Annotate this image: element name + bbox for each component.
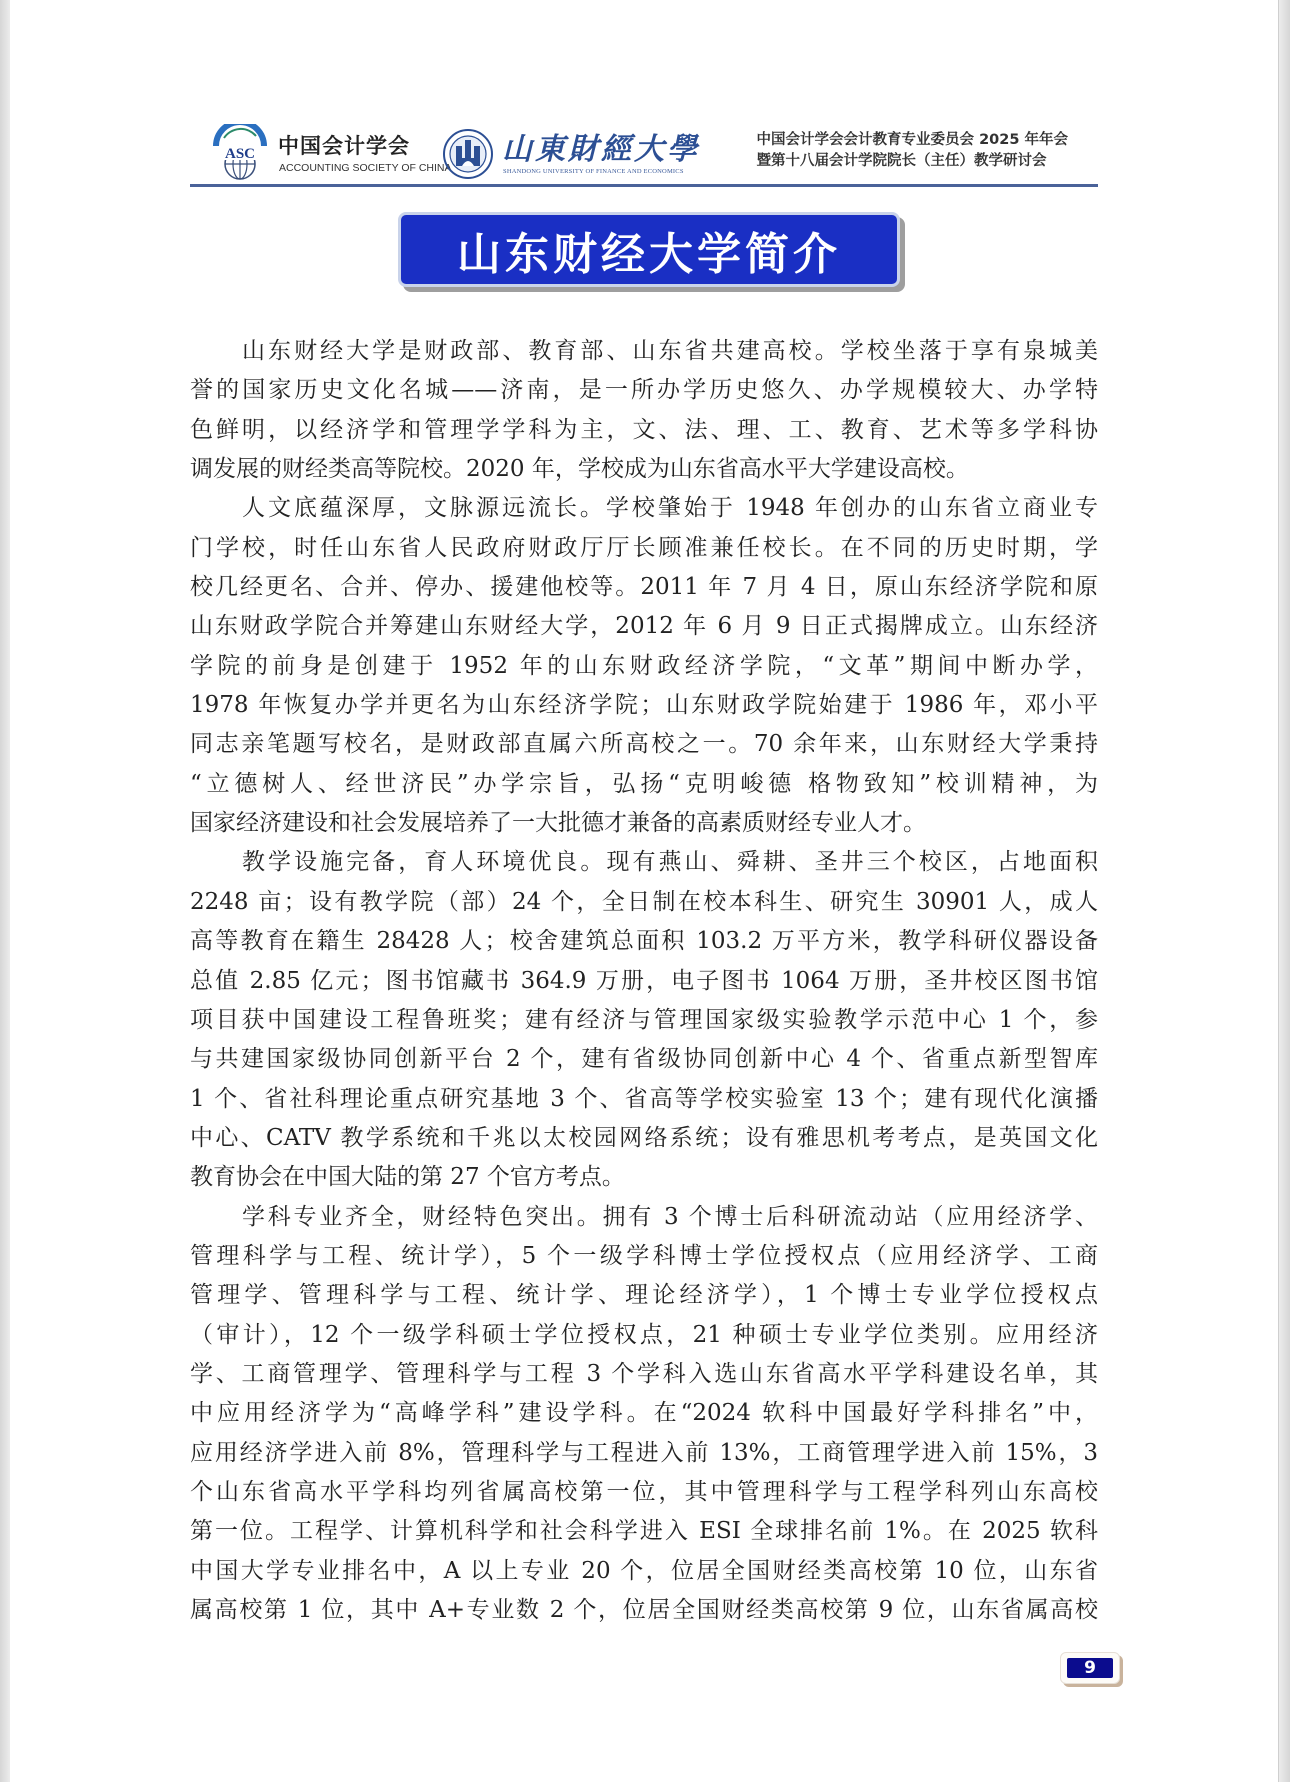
page-number-badge: 9 [1060, 1652, 1120, 1684]
text-line: 应用经济学进入前 8%，管理科学与工程进入前 13%，工商管理学进入前 15%，… [190, 1434, 1098, 1473]
conference-line-2: 暨第十八届会计学院院长（主任）教学研讨会 [757, 151, 1068, 172]
text-line: 管理学、管理科学与工程、统计学、理论经济学），1 个博士专业学位授权点 [190, 1276, 1098, 1315]
svg-text:ASC: ASC [225, 146, 255, 162]
text-line: 与共建国家级协同创新平台 2 个，建有省级协同创新中心 4 个、省重点新型智库 [190, 1040, 1098, 1079]
text-line: 调发展的财经类高等院校。2020 年，学校成为山东省高水平大学建设高校。 [190, 450, 1098, 489]
text-line: “立德树人、经世济民”办学宗旨，弘扬“克明峻德 格物致知”校训精神，为 [190, 765, 1098, 804]
page-header: ASC 中国会计学会 ACCOUNTING SOCIETY OF CHINA 山… [190, 120, 1098, 186]
text-line: 国家经济建设和社会发展培养了一大批德才兼备的高素质财经专业人才。 [190, 804, 1098, 843]
text-line: 学科专业齐全，财经特色突出。拥有 3 个博士后科研流动站（应用经济学、 [190, 1198, 1098, 1237]
page-title: 山东财经大学简介 [457, 218, 841, 282]
university-name-en: SHANDONG UNIVERSITY OF FINANCE AND ECONO… [503, 168, 684, 175]
text-line: 中应用经济学为“高峰学科”建设学科。在“2024 软科中国最好学科排名”中， [190, 1394, 1098, 1433]
text-line: 门学校，时任山东省人民政府财政厅厅长顾准兼任校长。在不同的历史时期，学 [190, 529, 1098, 568]
text-line: 1 个、省社科理论重点研究基地 3 个、省高等学校实验室 13 个；建有现代化演… [190, 1080, 1098, 1119]
text-line: 誉的国家历史文化名城——济南，是一所办学历史悠久、办学规模较大、办学特 [190, 371, 1098, 410]
text-line: 个山东省高水平学科均列省属高校第一位，其中管理科学与工程学科列山东高校 [190, 1473, 1098, 1512]
text-line: 教学设施完备，育人环境优良。现有燕山、舜耕、圣井三个校区，占地面积 [190, 843, 1098, 882]
conference-line-1: 中国会计学会会计教育专业委员会 2025 年年会 [757, 130, 1068, 151]
text-line: 管理科学与工程、统计学），5 个一级学科博士学位授权点（应用经济学、工商 [190, 1237, 1098, 1276]
page-number: 9 [1067, 1658, 1113, 1678]
text-line: 校几经更名、合并、停办、援建他校等。2011 年 7 月 4 日，原山东经济学院… [190, 568, 1098, 607]
text-line: 属高校第 1 位，其中 A+专业数 2 个，位居全国财经类高校第 9 位，山东省… [190, 1591, 1098, 1630]
article-body: 山东财经大学是财政部、教育部、山东省共建高校。学校坐落于享有泉城美誉的国家历史文… [190, 332, 1100, 1630]
page-title-banner: 山东财经大学简介 [398, 212, 900, 287]
text-line: 中国大学专业排名中，A 以上专业 20 个，位居全国财经类高校第 10 位，山东… [190, 1552, 1098, 1591]
text-line: 高等教育在籍生 28428 人；校舍建筑总面积 103.2 万平方米，教学科研仪… [190, 922, 1098, 961]
text-line: 总值 2.85 亿元；图书馆藏书 364.9 万册，电子图书 1064 万册，圣… [190, 962, 1098, 1001]
university-emblem-icon [442, 128, 494, 180]
page-edge-right [1278, 0, 1290, 1782]
text-line: 学院的前身是创建于 1952 年的山东财政经济学院，“文革”期间中断办学， [190, 647, 1098, 686]
text-line: 中心、CATV 教学系统和千兆以太校园网络系统；设有雅思机考考点，是英国文化 [190, 1119, 1098, 1158]
asc-name-en: ACCOUNTING SOCIETY OF CHINA [279, 162, 452, 174]
text-line: 山东财政学院合并筹建山东财经大学，2012 年 6 月 9 日正式揭牌成立。山东… [190, 607, 1098, 646]
text-line: 第一位。工程学、计算机科学和社会科学进入 ESI 全球排名前 1%。在 2025… [190, 1512, 1098, 1551]
text-line: 教育协会在中国大陆的第 27 个官方考点。 [190, 1158, 1098, 1197]
text-line: 项目获中国建设工程鲁班奖；建有经济与管理国家级实验教学示范中心 1 个，参 [190, 1001, 1098, 1040]
text-line: 学、工商管理学、管理科学与工程 3 个学科入选山东省高水平学科建设名单，其 [190, 1355, 1098, 1394]
text-line: 人文底蕴深厚，文脉源远流长。学校肇始于 1948 年创办的山东省立商业专 [190, 489, 1098, 528]
text-line: 1978 年恢复办学并更名为山东经济学院；山东财政学院始建于 1986 年，邓小… [190, 686, 1098, 725]
header-divider [190, 184, 1098, 187]
university-name-cn: 山東財經大學 [502, 124, 700, 168]
text-line: （审计），12 个一级学科硕士学位授权点，21 种硕士专业学位类别。应用经济 [190, 1316, 1098, 1355]
asc-name-cn: 中国会计学会 [278, 130, 410, 160]
asc-logo-icon: ASC [210, 124, 270, 182]
text-line: 山东财经大学是财政部、教育部、山东省共建高校。学校坐落于享有泉城美 [190, 332, 1098, 371]
text-line: 色鲜明，以经济学和管理学学科为主，文、法、理、工、教育、艺术等多学科协 [190, 411, 1098, 450]
conference-title: 中国会计学会会计教育专业委员会 2025 年年会 暨第十八届会计学院院长（主任）… [757, 130, 1068, 172]
text-line: 2248 亩；设有教学院（部）24 个，全日制在校本科生、研究生 30901 人… [190, 883, 1098, 922]
page-edge-left [0, 0, 10, 1782]
text-line: 同志亲笔题写校名，是财政部直属六所高校之一。70 余年来，山东财经大学秉持 [190, 725, 1098, 764]
